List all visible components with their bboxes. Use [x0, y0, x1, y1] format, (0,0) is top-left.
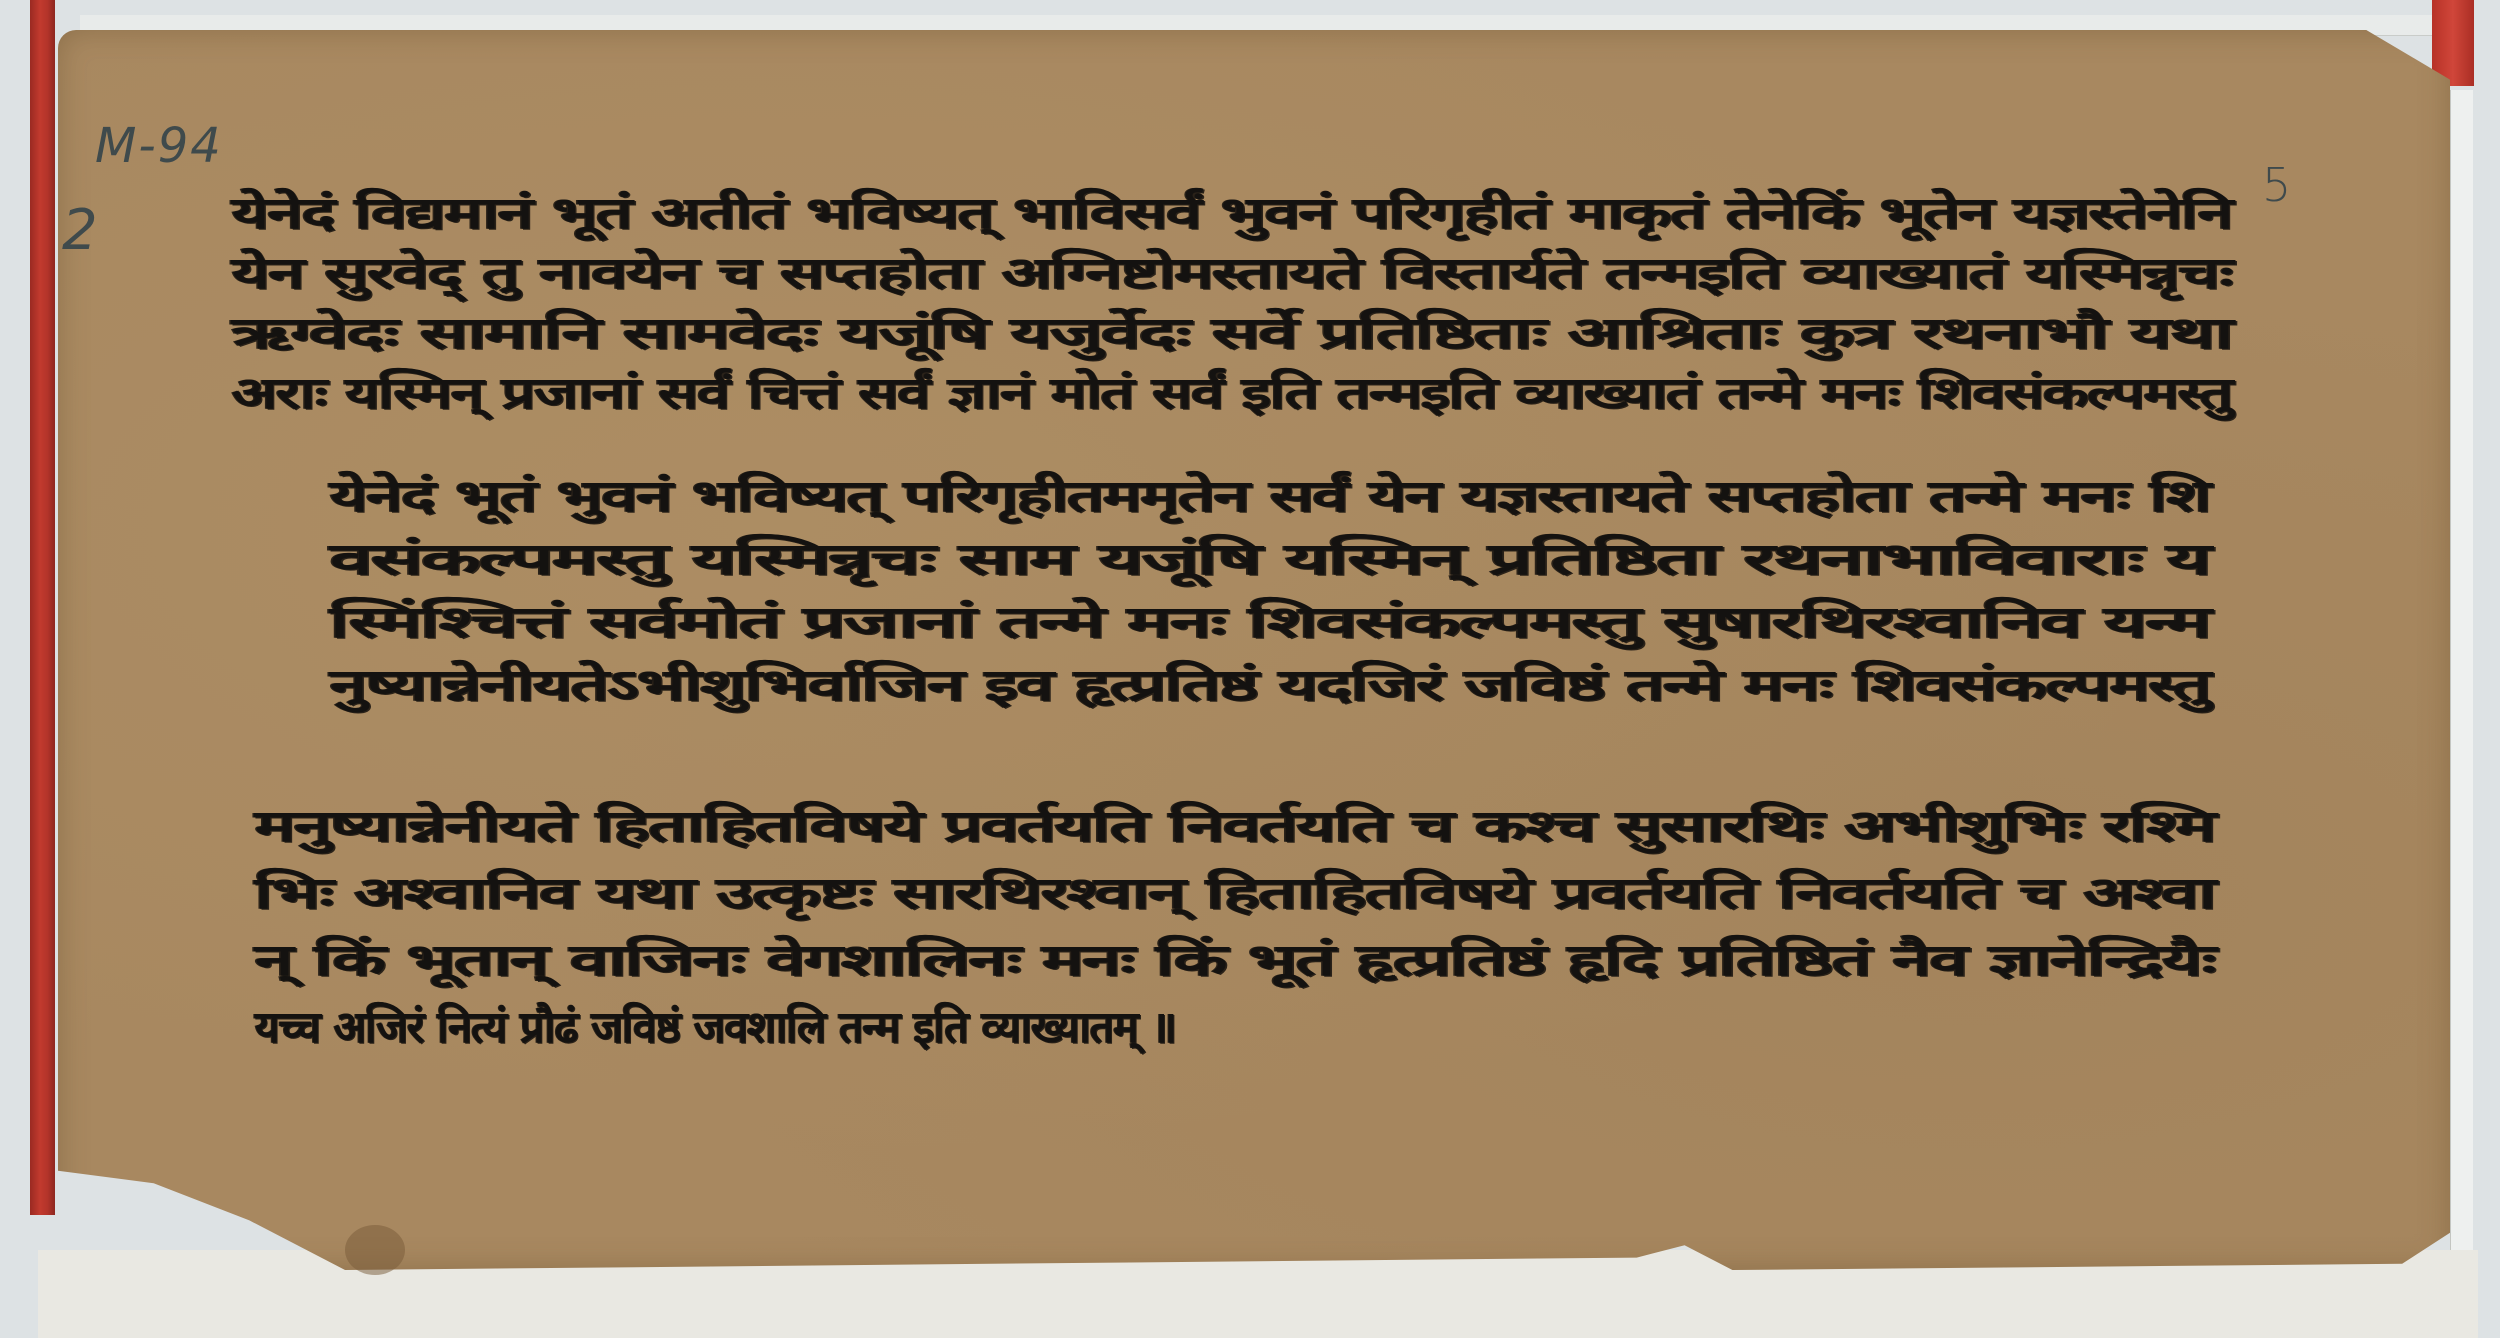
text-line: येनेदं भूतं भुवनं भविष्यत् परिगृहीतममृते… — [330, 468, 2210, 531]
shelfmark-label: M-94 — [95, 118, 223, 174]
text-line: येन सुरवेद् तु नावयेन च सप्तहोता अग्निष्… — [232, 245, 2232, 305]
text-line: स्मिंश्चित्तं सर्वमोतं प्रजानां तन्मे मन… — [330, 594, 2210, 657]
margin-mark: 2 — [62, 198, 100, 263]
text-line: मनुष्यान्नेनीयते हिताहितविषये प्रवर्तयति… — [255, 798, 2215, 865]
red-binding-strip-left — [30, 0, 55, 1215]
text-line: न् किं भूतान् वाजिनः वेगशालिनः मनः किं भ… — [255, 932, 2215, 999]
water-stain — [345, 1225, 405, 1275]
mount-board-right-edge — [2450, 90, 2473, 1280]
mantra-block: येनेदं भूतं भुवनं भविष्यत् परिगृहीतममृते… — [330, 468, 2210, 720]
text-line: वसंकल्पमस्तु यस्मिन्नृचः साम यजूंषि यस्म… — [330, 531, 2210, 594]
text-line: भिः अश्वानिव यथा उत्कृष्टः सारथिरश्वान् … — [255, 865, 2215, 932]
text-line: यच्च अजिरं नित्यं प्रौढं जविष्ठं जवशालि … — [255, 999, 2215, 1066]
text-line: येनेदं विद्यमानं भूतं अतीतं भविष्यत् भाव… — [232, 185, 2232, 245]
text-line: ऋग्वेदः सामानि सामवेदः यजूंषि यजुर्वेदः … — [232, 305, 2232, 365]
folio-number: 5 — [2262, 158, 2293, 212]
commentary-block-1: येनेदं विद्यमानं भूतं अतीतं भविष्यत् भाव… — [232, 185, 2232, 425]
commentary-block-2: मनुष्यान्नेनीयते हिताहितविषये प्रवर्तयति… — [255, 798, 2215, 1066]
text-line: अराः यस्मिन् प्रजानां सर्वं चित्तं सर्वं… — [232, 365, 2232, 425]
text-line: नुष्यान्नेनीयतेऽभीशुभिर्वाजिन इव हृत्प्र… — [330, 657, 2210, 720]
